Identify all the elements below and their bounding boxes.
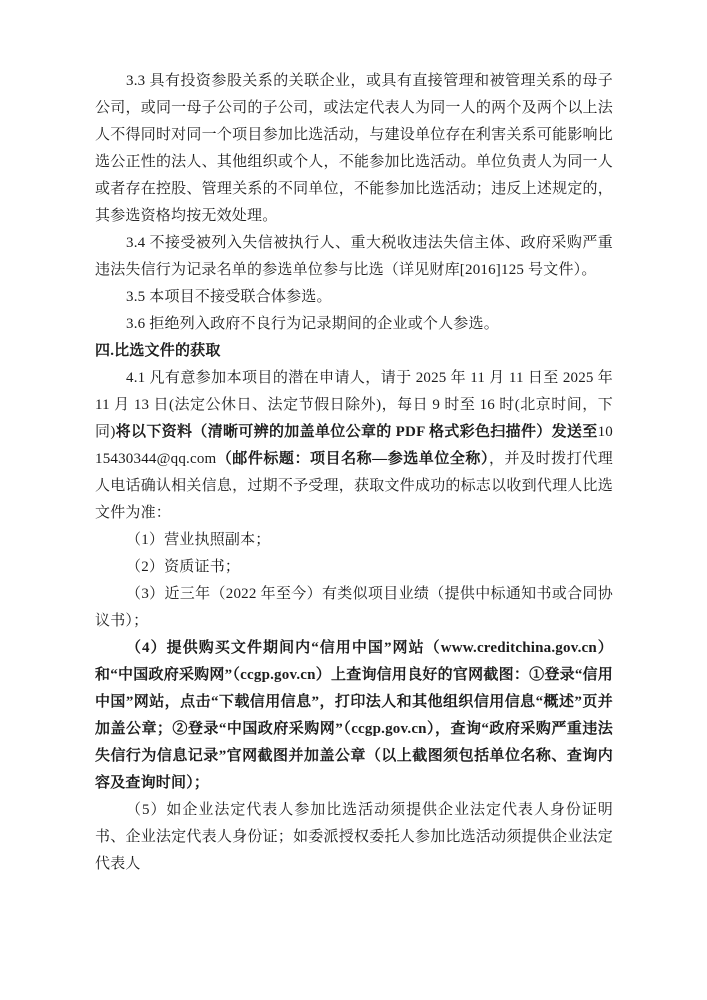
clause-3-5: 3.5 本项目不接受联合体参选。: [95, 284, 613, 311]
required-item-2: （2）资质证书；: [95, 554, 613, 581]
clause-4-1-requirement: 将以下资料（清晰可辨的加盖单位公章的 PDF 格式彩色扫描件）发送至: [116, 424, 598, 440]
clause-3-3: 3.3 具有投资参股关系的关联企业，或具有直接管理和被管理关系的母子公司，或同一…: [95, 68, 613, 230]
clause-4-1-mail-subject: （邮件标题：项目名称—参选单位全称）: [216, 451, 489, 467]
clause-3-4: 3.4 不接受被列入失信被执行人、重大税收违法失信主体、政府采购严重违法失信行为…: [95, 230, 613, 284]
clause-3-6: 3.6 拒绝列入政府不良行为记录期间的企业或个人参选。: [95, 311, 613, 338]
section-4-heading: 四.比选文件的获取: [95, 338, 613, 365]
required-item-1: （1）营业执照副本；: [95, 527, 613, 554]
document-content: 3.3 具有投资参股关系的关联企业，或具有直接管理和被管理关系的母子公司，或同一…: [95, 68, 613, 878]
required-item-5: （5）如企业法定代表人参加比选活动须提供企业法定代表人身份证明书、企业法定代表人…: [95, 797, 613, 878]
clause-4-1: 4.1 凡有意参加本项目的潜在申请人，请于 2025 年 11 月 11 日至 …: [95, 365, 613, 527]
document-page: 3.3 具有投资参股关系的关联企业，或具有直接管理和被管理关系的母子公司，或同一…: [0, 0, 707, 1000]
required-item-4: （4）提供购买文件期间内“信用中国”网站（www.creditchina.gov…: [95, 635, 613, 797]
required-item-3: （3）近三年（2022 年至今）有类似项目业绩（提供中标通知书或合同协议书）；: [95, 581, 613, 635]
